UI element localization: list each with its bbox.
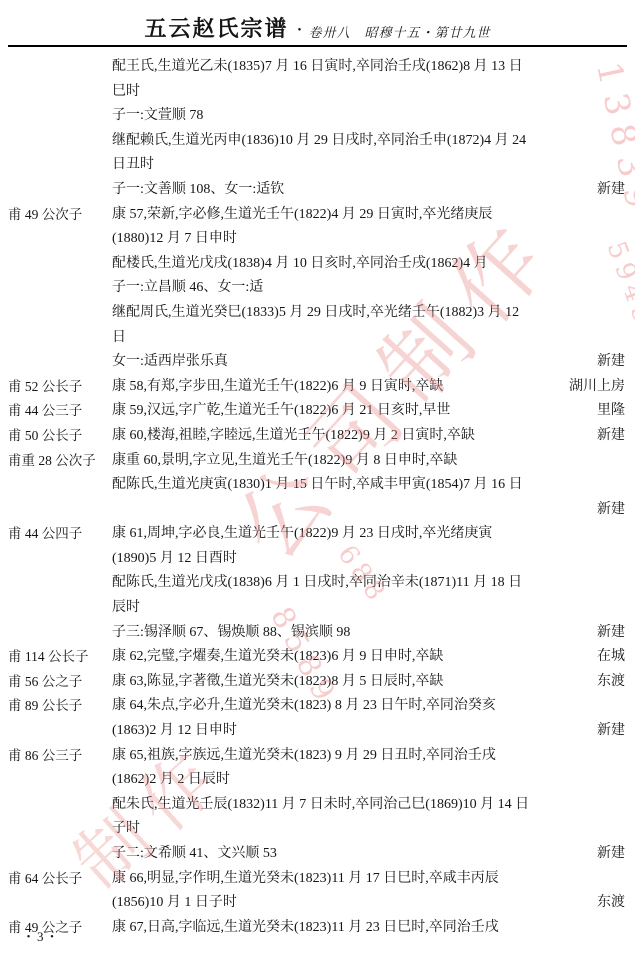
father-label bbox=[0, 571, 112, 596]
father-label: 甫 52 公长子 bbox=[0, 375, 112, 400]
location-note: 东渡 bbox=[591, 891, 625, 916]
header-divider bbox=[8, 45, 627, 47]
location-note: 东渡 bbox=[591, 670, 625, 695]
genealogy-line: (1863)2 月 12 日申时 新建 bbox=[0, 719, 635, 744]
genealogy-line: 配朱氏,生道光壬辰(1832)11 月 7 日未时,卒同治己巳(1869)10 … bbox=[0, 793, 635, 818]
entry-text: 子三:锡泽顺 67、锡焕顺 88、锡滨顺 98 bbox=[112, 621, 591, 646]
father-label bbox=[0, 793, 112, 818]
entry-text: 日丑时 bbox=[112, 153, 619, 178]
location-note: 新建 bbox=[591, 842, 625, 867]
location-note bbox=[619, 817, 625, 842]
genealogy-line: 甫 89 公长子 康 64,朱点,字必升,生道光癸未(1823) 8 月 23 … bbox=[0, 694, 635, 719]
father-label bbox=[0, 301, 112, 326]
genealogy-line: 配王氏,生道光乙未(1835)7 月 16 日寅时,卒同治壬戌(1862)8 月… bbox=[0, 55, 635, 80]
entry-text: 康 60,楼海,祖睦,字睦远,生道光壬午(1822)9 月 2 日寅时,卒缺 bbox=[112, 424, 591, 449]
entry-text: 巳时 bbox=[112, 80, 619, 105]
father-label bbox=[0, 768, 112, 793]
entry-text: (1863)2 月 12 日申时 bbox=[112, 719, 591, 744]
location-note bbox=[619, 793, 625, 818]
genealogy-line: 甫 64 公长子 康 66,明显,字作明,生道光癸未(1823)11 月 17 … bbox=[0, 867, 635, 892]
father-label bbox=[0, 129, 112, 154]
father-label bbox=[0, 596, 112, 621]
genealogy-line: 甫 52 公长子 康 58,有郑,字步田,生道光壬午(1822)6 月 9 日寅… bbox=[0, 375, 635, 400]
entry-text: 子二:文希顺 41、文兴顺 53 bbox=[112, 842, 591, 867]
genealogy-line: (1880)12 月 7 日申时 bbox=[0, 227, 635, 252]
genealogy-line: 配楼氏,生道光戊戌(1838)4 月 10 日亥时,卒同治壬戌(1862)4 月 bbox=[0, 252, 635, 277]
entry-text: 子一:立昌顺 46、女一:适 bbox=[112, 276, 619, 301]
entry-text: 辰时 bbox=[112, 596, 619, 621]
father-label bbox=[0, 153, 112, 178]
location-note: 新建 bbox=[591, 498, 625, 523]
entry-text: 配陈氏,生道光庚寅(1830)1 月 15 日午时,卒咸丰甲寅(1854)7 月… bbox=[112, 473, 619, 498]
genealogy-line: 辰时 bbox=[0, 596, 635, 621]
location-note bbox=[619, 522, 625, 547]
entry-text: 配王氏,生道光乙未(1835)7 月 16 日寅时,卒同治壬戌(1862)8 月… bbox=[112, 55, 619, 80]
entry-text: 继配周氏,生道光癸巳(1833)5 月 29 日戌时,卒光绪壬午(1882)3 … bbox=[112, 301, 619, 326]
father-label bbox=[0, 473, 112, 498]
father-label bbox=[0, 498, 112, 523]
genealogy-line: 继配赖氏,生道光丙申(1836)10 月 29 日戌时,卒同治壬申(1872)4… bbox=[0, 129, 635, 154]
location-note: 新建 bbox=[591, 424, 625, 449]
entry-text: 配陈氏,生道光戊戌(1838)6 月 1 日戌时,卒同治辛未(1871)11 月… bbox=[112, 571, 619, 596]
genealogy-line: 子二:文希顺 41、文兴顺 53 新建 bbox=[0, 842, 635, 867]
genealogy-line: 甫重 28 公次子 康重 60,景明,字立见,生道光壬午(1822)9 月 8 … bbox=[0, 449, 635, 474]
entry-text: 日 bbox=[112, 326, 619, 351]
father-label bbox=[0, 80, 112, 105]
entry-text: 子一:文善顺 108、女一:适钦 bbox=[112, 178, 591, 203]
location-note bbox=[619, 80, 625, 105]
location-note bbox=[619, 227, 625, 252]
father-label: 甫 44 公四子 bbox=[0, 522, 112, 547]
genealogy-line: 子一:文善顺 108、女一:适钦 新建 bbox=[0, 178, 635, 203]
genealogy-line: 子时 bbox=[0, 817, 635, 842]
entry-text: (1890)5 月 12 日酉时 bbox=[112, 547, 619, 572]
location-note: 新建 bbox=[591, 178, 625, 203]
genealogy-line: (1862)2 月 2 日辰时 bbox=[0, 768, 635, 793]
entry-text: 子时 bbox=[112, 817, 619, 842]
entry-text: 康 66,明显,字作明,生道光癸未(1823)11 月 17 日巳时,卒咸丰丙辰 bbox=[112, 867, 619, 892]
genealogy-line: 日 bbox=[0, 326, 635, 351]
father-label: 甫 86 公三子 bbox=[0, 744, 112, 769]
volume-subtitle: 卷卅八 昭穆十五・第廿九世 bbox=[309, 26, 491, 39]
entry-text: 女一:适西岸张乐真 bbox=[112, 350, 591, 375]
father-label bbox=[0, 326, 112, 351]
location-note: 新建 bbox=[591, 350, 625, 375]
location-note: 湖川上房 bbox=[563, 375, 625, 400]
father-label bbox=[0, 350, 112, 375]
entry-text: 康 61,周坤,字必良,生道光壬午(1822)9 月 23 日戌时,卒光绪庚寅 bbox=[112, 522, 619, 547]
entry-text: 继配赖氏,生道光丙申(1836)10 月 29 日戌时,卒同治壬申(1872)4… bbox=[112, 129, 619, 154]
genealogy-line: 女一:适西岸张乐真 新建 bbox=[0, 350, 635, 375]
genealogy-line: 新建 bbox=[0, 498, 635, 523]
entry-text: 子一:文萱顺 78 bbox=[112, 104, 619, 129]
genealogy-line: 甫 44 公四子 康 61,周坤,字必良,生道光壬午(1822)9 月 23 日… bbox=[0, 522, 635, 547]
father-label: 甫 64 公长子 bbox=[0, 867, 112, 892]
location-note bbox=[619, 153, 625, 178]
entry-text: 康 57,荣新,字必修,生道光壬午(1822)4 月 29 日寅时,卒光绪庚辰 bbox=[112, 203, 619, 228]
father-label: 甫重 28 公次子 bbox=[0, 449, 112, 474]
location-note bbox=[619, 867, 625, 892]
entry-text: 康 67,日高,字临远,生道光癸未(1823)11 月 23 日巳时,卒同治壬戌 bbox=[112, 916, 619, 941]
genealogy-line: (1890)5 月 12 日酉时 bbox=[0, 547, 635, 572]
location-note bbox=[619, 744, 625, 769]
father-label bbox=[0, 621, 112, 646]
title-separator: ・ bbox=[293, 25, 307, 39]
location-note: 里隆 bbox=[591, 399, 625, 424]
genealogy-line: 配陈氏,生道光戊戌(1838)6 月 1 日戌时,卒同治辛未(1871)11 月… bbox=[0, 571, 635, 596]
location-note bbox=[619, 301, 625, 326]
location-note: 新建 bbox=[591, 719, 625, 744]
genealogy-entries: 配王氏,生道光乙未(1835)7 月 16 日寅时,卒同治壬戌(1862)8 月… bbox=[0, 55, 635, 940]
entry-text: 康 59,汉远,字广乾,生道光壬午(1822)6 月 21 日亥时,早世 bbox=[112, 399, 591, 424]
entry-text: 康 58,有郑,字步田,生道光壬午(1822)6 月 9 日寅时,卒缺 bbox=[112, 375, 563, 400]
father-label bbox=[0, 178, 112, 203]
genealogy-line: 甫 49 公之子 康 67,日高,字临远,生道光癸未(1823)11 月 23 … bbox=[0, 916, 635, 941]
father-label bbox=[0, 252, 112, 277]
genealogy-line: 甫 114 公长子 康 62,完璧,字燿奏,生道光癸未(1823)6 月 9 日… bbox=[0, 645, 635, 670]
location-note bbox=[619, 596, 625, 621]
location-note bbox=[619, 547, 625, 572]
genealogy-line: 配陈氏,生道光庚寅(1830)1 月 15 日午时,卒咸丰甲寅(1854)7 月… bbox=[0, 473, 635, 498]
father-label bbox=[0, 817, 112, 842]
page-number: ・3・ bbox=[22, 926, 61, 945]
genealogy-line: 甫 49 公次子 康 57,荣新,字必修,生道光壬午(1822)4 月 29 日… bbox=[0, 203, 635, 228]
father-label bbox=[0, 104, 112, 129]
father-label bbox=[0, 842, 112, 867]
entry-text: (1880)12 月 7 日申时 bbox=[112, 227, 619, 252]
genealogy-line: 甫 56 公之子 康 63,陈显,字著徵,生道光癸未(1823)8 月 5 日辰… bbox=[0, 670, 635, 695]
genealogy-line: 子一:立昌顺 46、女一:适 bbox=[0, 276, 635, 301]
book-title: 五云赵氏宗谱 bbox=[144, 18, 288, 40]
location-note bbox=[619, 326, 625, 351]
location-note bbox=[619, 129, 625, 154]
location-note bbox=[619, 473, 625, 498]
entry-text: 康 64,朱点,字必升,生道光癸未(1823) 8 月 23 日午时,卒同治癸亥 bbox=[112, 694, 619, 719]
father-label bbox=[0, 227, 112, 252]
genealogy-line: 甫 86 公三子 康 65,祖族,字族远,生道光癸未(1823) 9 月 29 … bbox=[0, 744, 635, 769]
location-note bbox=[619, 276, 625, 301]
genealogy-line: 巳时 bbox=[0, 80, 635, 105]
genealogy-line: 日丑时 bbox=[0, 153, 635, 178]
location-note bbox=[619, 104, 625, 129]
father-label: 甫 44 公三子 bbox=[0, 399, 112, 424]
entry-text: 康 62,完璧,字燿奏,生道光癸未(1823)6 月 9 日申时,卒缺 bbox=[112, 645, 591, 670]
genealogy-line: 继配周氏,生道光癸巳(1833)5 月 29 日戌时,卒光绪壬午(1882)3 … bbox=[0, 301, 635, 326]
entry-text: (1862)2 月 2 日辰时 bbox=[112, 768, 619, 793]
father-label bbox=[0, 547, 112, 572]
location-note bbox=[619, 768, 625, 793]
entry-text: 配楼氏,生道光戊戌(1838)4 月 10 日亥时,卒同治壬戌(1862)4 月 bbox=[112, 252, 619, 277]
entry-text: 康重 60,景明,字立见,生道光壬午(1822)9 月 8 日申时,卒缺 bbox=[112, 449, 619, 474]
entry-text: 康 65,祖族,字族远,生道光癸未(1823) 9 月 29 日丑时,卒同治壬戌 bbox=[112, 744, 619, 769]
father-label bbox=[0, 719, 112, 744]
father-label: 甫 49 公次子 bbox=[0, 203, 112, 228]
father-label: 甫 56 公之子 bbox=[0, 670, 112, 695]
genealogy-line: 子一:文萱顺 78 bbox=[0, 104, 635, 129]
genealogy-line: 甫 44 公三子 康 59,汉远,字广乾,生道光壬午(1822)6 月 21 日… bbox=[0, 399, 635, 424]
location-note bbox=[619, 916, 625, 941]
father-label bbox=[0, 276, 112, 301]
location-note: 在城 bbox=[591, 645, 625, 670]
genealogy-line: 甫 50 公长子 康 60,楼海,祖睦,字睦远,生道光壬午(1822)9 月 2… bbox=[0, 424, 635, 449]
father-label: 甫 89 公长子 bbox=[0, 694, 112, 719]
location-note bbox=[619, 449, 625, 474]
father-label: 甫 50 公长子 bbox=[0, 424, 112, 449]
father-label bbox=[0, 891, 112, 916]
entry-text: 康 63,陈显,字著徵,生道光癸未(1823)8 月 5 日辰时,卒缺 bbox=[112, 670, 591, 695]
entry-text: (1856)10 月 1 日子时 bbox=[112, 891, 591, 916]
location-note bbox=[619, 203, 625, 228]
location-note bbox=[619, 694, 625, 719]
entry-text bbox=[112, 498, 591, 523]
father-label: 甫 114 公长子 bbox=[0, 645, 112, 670]
genealogy-page: 五云赵氏宗谱 ・ 卷卅八 昭穆十五・第廿九世 配王氏,生道光乙未(1835)7 … bbox=[0, 0, 635, 968]
location-note bbox=[619, 571, 625, 596]
genealogy-line: (1856)10 月 1 日子时 东渡 bbox=[0, 891, 635, 916]
location-note bbox=[619, 252, 625, 277]
location-note bbox=[619, 55, 625, 80]
genealogy-line: 子三:锡泽顺 67、锡焕顺 88、锡滨顺 98 新建 bbox=[0, 621, 635, 646]
father-label bbox=[0, 55, 112, 80]
location-note: 新建 bbox=[591, 621, 625, 646]
page-header: 五云赵氏宗谱 ・ 卷卅八 昭穆十五・第廿九世 bbox=[0, 0, 635, 40]
entry-text: 配朱氏,生道光壬辰(1832)11 月 7 日未时,卒同治己巳(1869)10 … bbox=[112, 793, 619, 818]
